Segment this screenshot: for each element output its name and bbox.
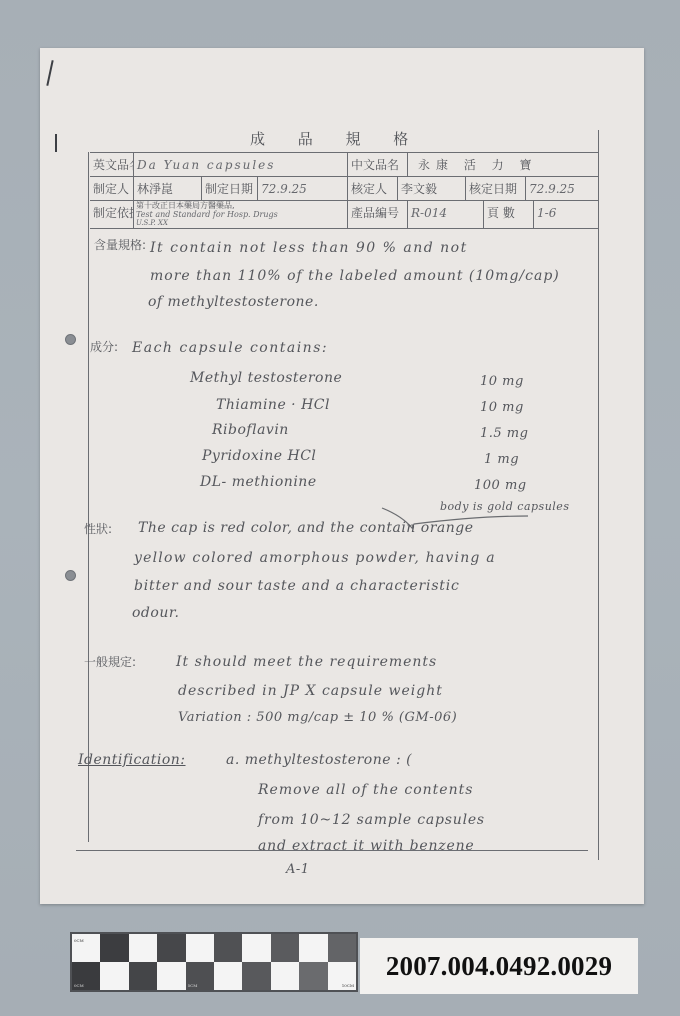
approval-date-label: 核定日期 xyxy=(466,177,526,201)
identification-line-1: a. methyltestosterone : ( xyxy=(226,752,412,768)
page-count-value: 1-6 xyxy=(534,201,598,229)
scale-square xyxy=(129,934,157,962)
scale-square xyxy=(271,962,299,990)
punch-hole-lower xyxy=(65,570,76,581)
author-label: 制定人 xyxy=(90,177,134,201)
description-line-3: bitter and sour taste and a characterist… xyxy=(134,578,460,594)
english-name-value: Da Yuan capsules xyxy=(134,153,348,177)
general-line-2: described in JP X capsule weight xyxy=(178,683,443,699)
description-label: 性狀: xyxy=(84,520,112,537)
scale-square xyxy=(100,962,128,990)
scale-square: 5CM xyxy=(186,962,214,990)
table-row: 制定人 林淨崑 制定日期 72.9.25 核定人 李文毅 核定日期 72.9.2… xyxy=(90,177,598,201)
scale-square xyxy=(129,962,157,990)
basis-label: 制定依据 xyxy=(90,201,134,229)
identification-line-2: Remove all of the contents xyxy=(258,782,473,798)
scale-square: 0CM xyxy=(72,962,100,990)
table-row: 制定依据 第十改正日本藥局方醫藥品, Test and Standard for… xyxy=(90,201,598,229)
scale-square: 0CM xyxy=(72,934,100,962)
date-set-value: 72.9.25 xyxy=(258,177,348,201)
identification-label: Identification: xyxy=(78,752,186,768)
measurement-scale: 0CM 0CM 5CM 10CM xyxy=(70,932,358,992)
approver-label: 核定人 xyxy=(348,177,398,201)
scale-square xyxy=(299,962,327,990)
punch-hole-upper xyxy=(65,334,76,345)
ingredient-name: DL- methionine xyxy=(200,474,317,490)
scale-square xyxy=(242,934,270,962)
assay-line-2: more than 110% of the labeled amount (10… xyxy=(150,268,560,284)
basis-line-3: U.S.P. XX xyxy=(136,219,345,228)
scale-square xyxy=(157,934,185,962)
page-number: A-1 xyxy=(286,862,310,877)
ingredient-amount: 100 mg xyxy=(474,478,527,493)
description-line-2: yellow colored amorphous powder, having … xyxy=(134,550,496,566)
scale-square xyxy=(100,934,128,962)
ingredient-amount: 10 mg xyxy=(480,374,524,389)
identification-line-4: and extract it with benzene xyxy=(258,838,474,854)
header-table: 英文品名 Da Yuan capsules 中文品名 永康 活 力 寶 制定人 … xyxy=(90,152,598,228)
date-set-label: 制定日期 xyxy=(202,177,258,201)
scale-square xyxy=(271,934,299,962)
ingredient-name: Pyridoxine HCl xyxy=(202,448,316,464)
assay-label: 含量規格: xyxy=(94,236,146,253)
description-line-1: The cap is red color, and the contain or… xyxy=(138,520,474,536)
ingredient-amount: 1 mg xyxy=(484,452,519,467)
basis-value: 第十改正日本藥局方醫藥品, Test and Standard for Hosp… xyxy=(134,201,348,229)
ingredient-name: Riboflavin xyxy=(212,422,289,438)
scale-square xyxy=(299,934,327,962)
ingredient-name: Methyl testosterone xyxy=(190,370,342,386)
chinese-name-label: 中文品名 xyxy=(348,153,408,177)
approval-date-value: 72.9.25 xyxy=(526,177,598,201)
assay-line-1: It contain not less than 90 % and not xyxy=(150,240,468,256)
english-name-label: 英文品名 xyxy=(90,153,134,177)
document-title: 成 品 規 格 xyxy=(250,128,422,149)
scale-square: 10CM xyxy=(328,962,356,990)
product-code-value: R-014 xyxy=(408,201,484,229)
approver-value: 李文毅 xyxy=(398,177,466,201)
chinese-name-value: 永康 活 力 寶 xyxy=(408,153,598,177)
table-row: 英文品名 Da Yuan capsules 中文品名 永康 活 力 寶 xyxy=(90,153,598,177)
general-line-3: Variation : 500 mg/cap ± 10 % (GM-06) xyxy=(178,710,457,725)
assay-line-3: of methyltestosterone. xyxy=(148,294,319,310)
frame-right xyxy=(598,130,599,860)
page-count-label: 頁 數 xyxy=(484,201,534,229)
catalog-number-label: 2007.004.0492.0029 xyxy=(360,938,638,994)
product-code-label: 產品編号 xyxy=(348,201,408,229)
identification-line-3: from 10~12 sample capsules xyxy=(258,812,485,828)
margin-tick-top xyxy=(46,60,53,86)
scale-square xyxy=(214,934,242,962)
scale-square xyxy=(242,962,270,990)
scale-square xyxy=(186,934,214,962)
basis-line-1: 第十改正日本藥局方醫藥品, xyxy=(136,201,345,210)
general-line-1: It should meet the requirements xyxy=(176,654,437,670)
scale-square xyxy=(328,934,356,962)
scale-square xyxy=(157,962,185,990)
ingredient-name: Thiamine · HCl xyxy=(216,397,330,413)
description-line-4: odour. xyxy=(132,605,179,621)
scale-square xyxy=(214,962,242,990)
margin-tick-left xyxy=(55,134,57,152)
ingredient-amount: 10 mg xyxy=(480,400,524,415)
author-value: 林淨崑 xyxy=(134,177,202,201)
composition-intro: Each capsule contains: xyxy=(132,340,328,356)
ingredient-amount: 1.5 mg xyxy=(480,426,528,441)
frame-left xyxy=(88,152,89,842)
general-label: 一般規定: xyxy=(84,653,136,670)
basis-line-2: Test and Standard for Hosp. Drugs xyxy=(136,210,345,219)
composition-label: 成分: xyxy=(90,338,118,355)
